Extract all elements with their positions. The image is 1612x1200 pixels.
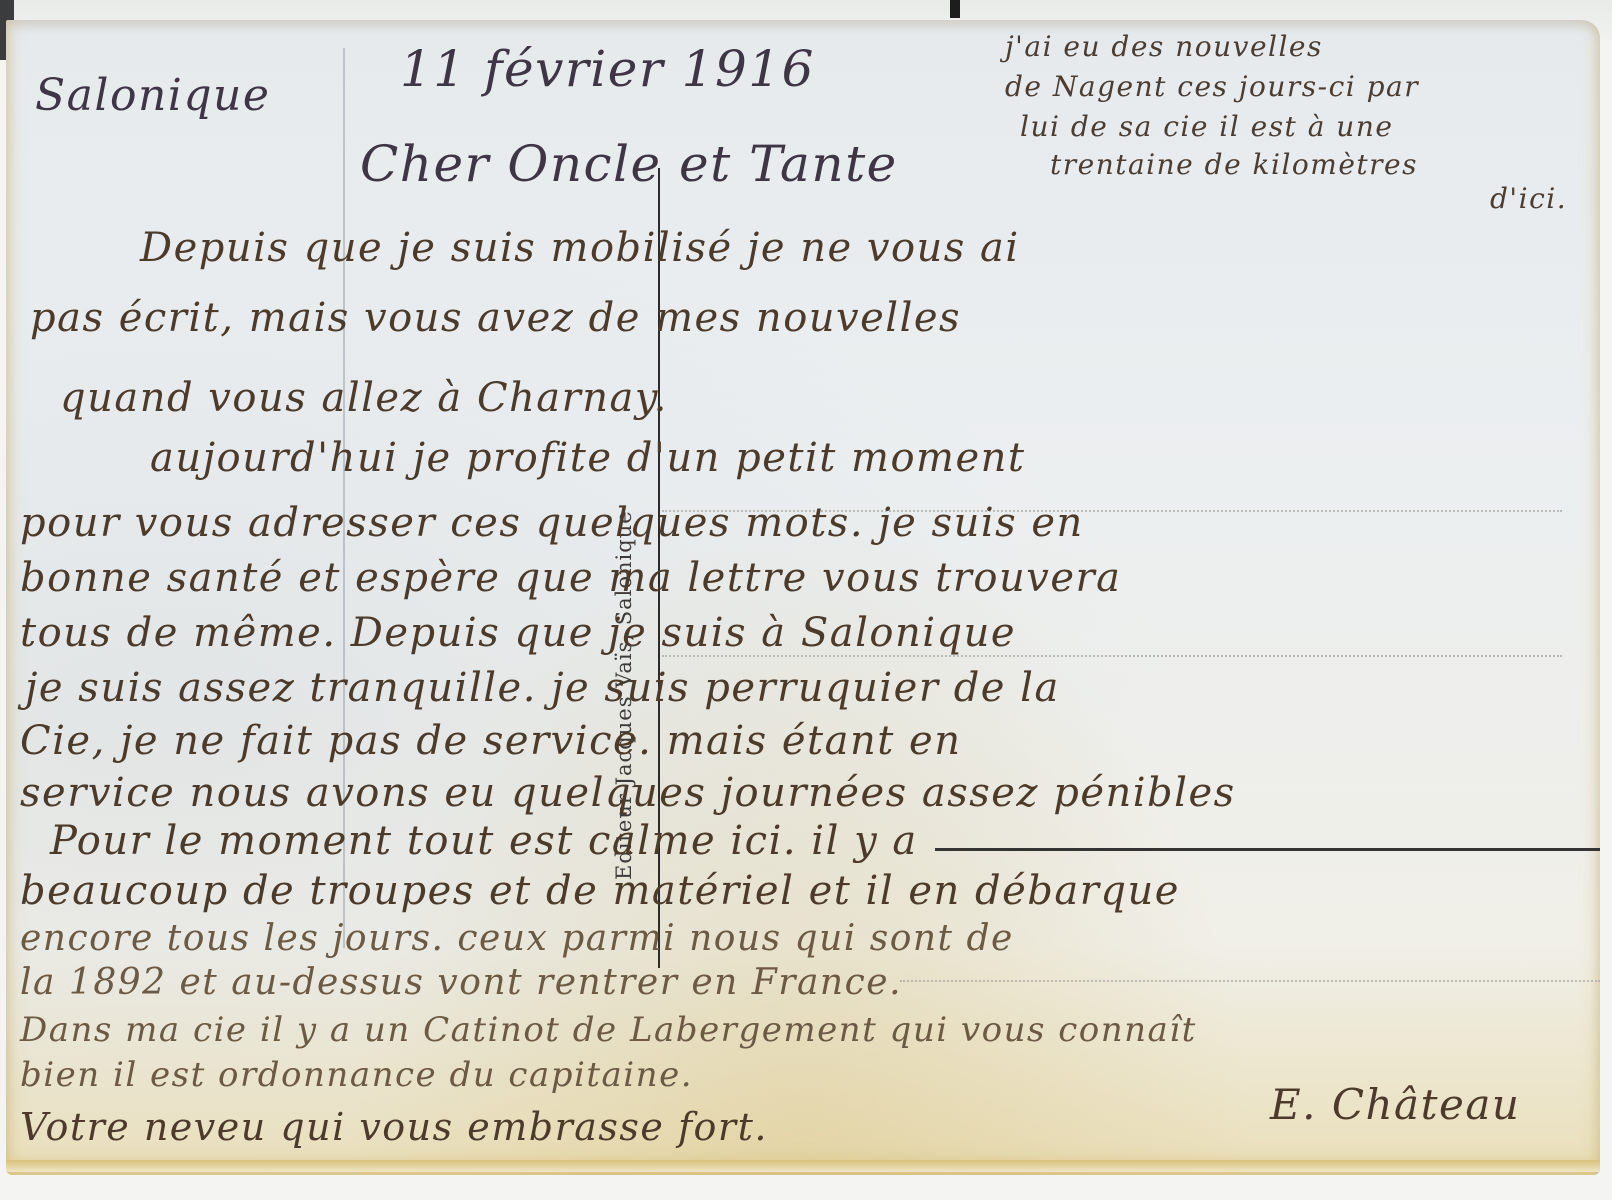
age-stain: [6, 1160, 1600, 1172]
card-clip: [950, 0, 960, 18]
date-heading: 11 février 1916: [400, 40, 815, 98]
body-line: bonne santé et espère que ma lettre vous…: [20, 555, 1121, 601]
body-line: Depuis que je suis mobilisé je ne vous a…: [140, 225, 1020, 271]
body-line: la 1892 et au-dessus vont rentrer en Fra…: [20, 962, 902, 1003]
body-line: encore tous les jours. ceux parmi nous q…: [20, 918, 1014, 959]
body-line: je suis assez tranquille. je suis perruq…: [25, 665, 1060, 711]
body-line: beaucoup de troupes et de matériel et il…: [20, 868, 1180, 914]
body-line: service nous avons eu quelques journées …: [20, 770, 1236, 816]
margin-note-line: d'ici.: [1490, 182, 1567, 215]
body-line: quand vous allez à Charnay.: [60, 375, 668, 421]
address-line-4: [900, 980, 1600, 982]
margin-note-line: j'ai eu des nouvelles: [1005, 30, 1323, 63]
body-line: pas écrit, mais vous avez de mes nouvell…: [30, 295, 961, 341]
body-line: bien il est ordonnance du capitaine.: [20, 1055, 693, 1095]
closing-line: Votre neveu qui vous embrasse fort.: [20, 1105, 768, 1149]
body-line: pour vous adresser ces quelques mots. je…: [20, 500, 1084, 546]
body-line: tous de même. Depuis que je suis à Salon…: [20, 610, 1016, 656]
body-line: Dans ma cie il y a un Catinot de Laberge…: [20, 1010, 1197, 1050]
margin-note-line: de Nagent ces jours-ci par: [1005, 70, 1419, 103]
margin-note-line: trentaine de kilomètres: [1050, 148, 1418, 181]
place-heading: Salonique: [35, 70, 270, 121]
address-line-3: [935, 848, 1600, 851]
signature: E. Château: [1270, 1080, 1520, 1129]
salutation: Cher Oncle et Tante: [360, 135, 898, 193]
body-line: Pour le moment tout est calme ici. il y …: [50, 818, 918, 864]
margin-note-line: lui de sa cie il est à une: [1020, 110, 1393, 143]
body-line: aujourd'hui je profite d'un petit moment: [150, 435, 1026, 481]
body-line: Cie, je ne fait pas de service. mais éta…: [20, 718, 961, 764]
